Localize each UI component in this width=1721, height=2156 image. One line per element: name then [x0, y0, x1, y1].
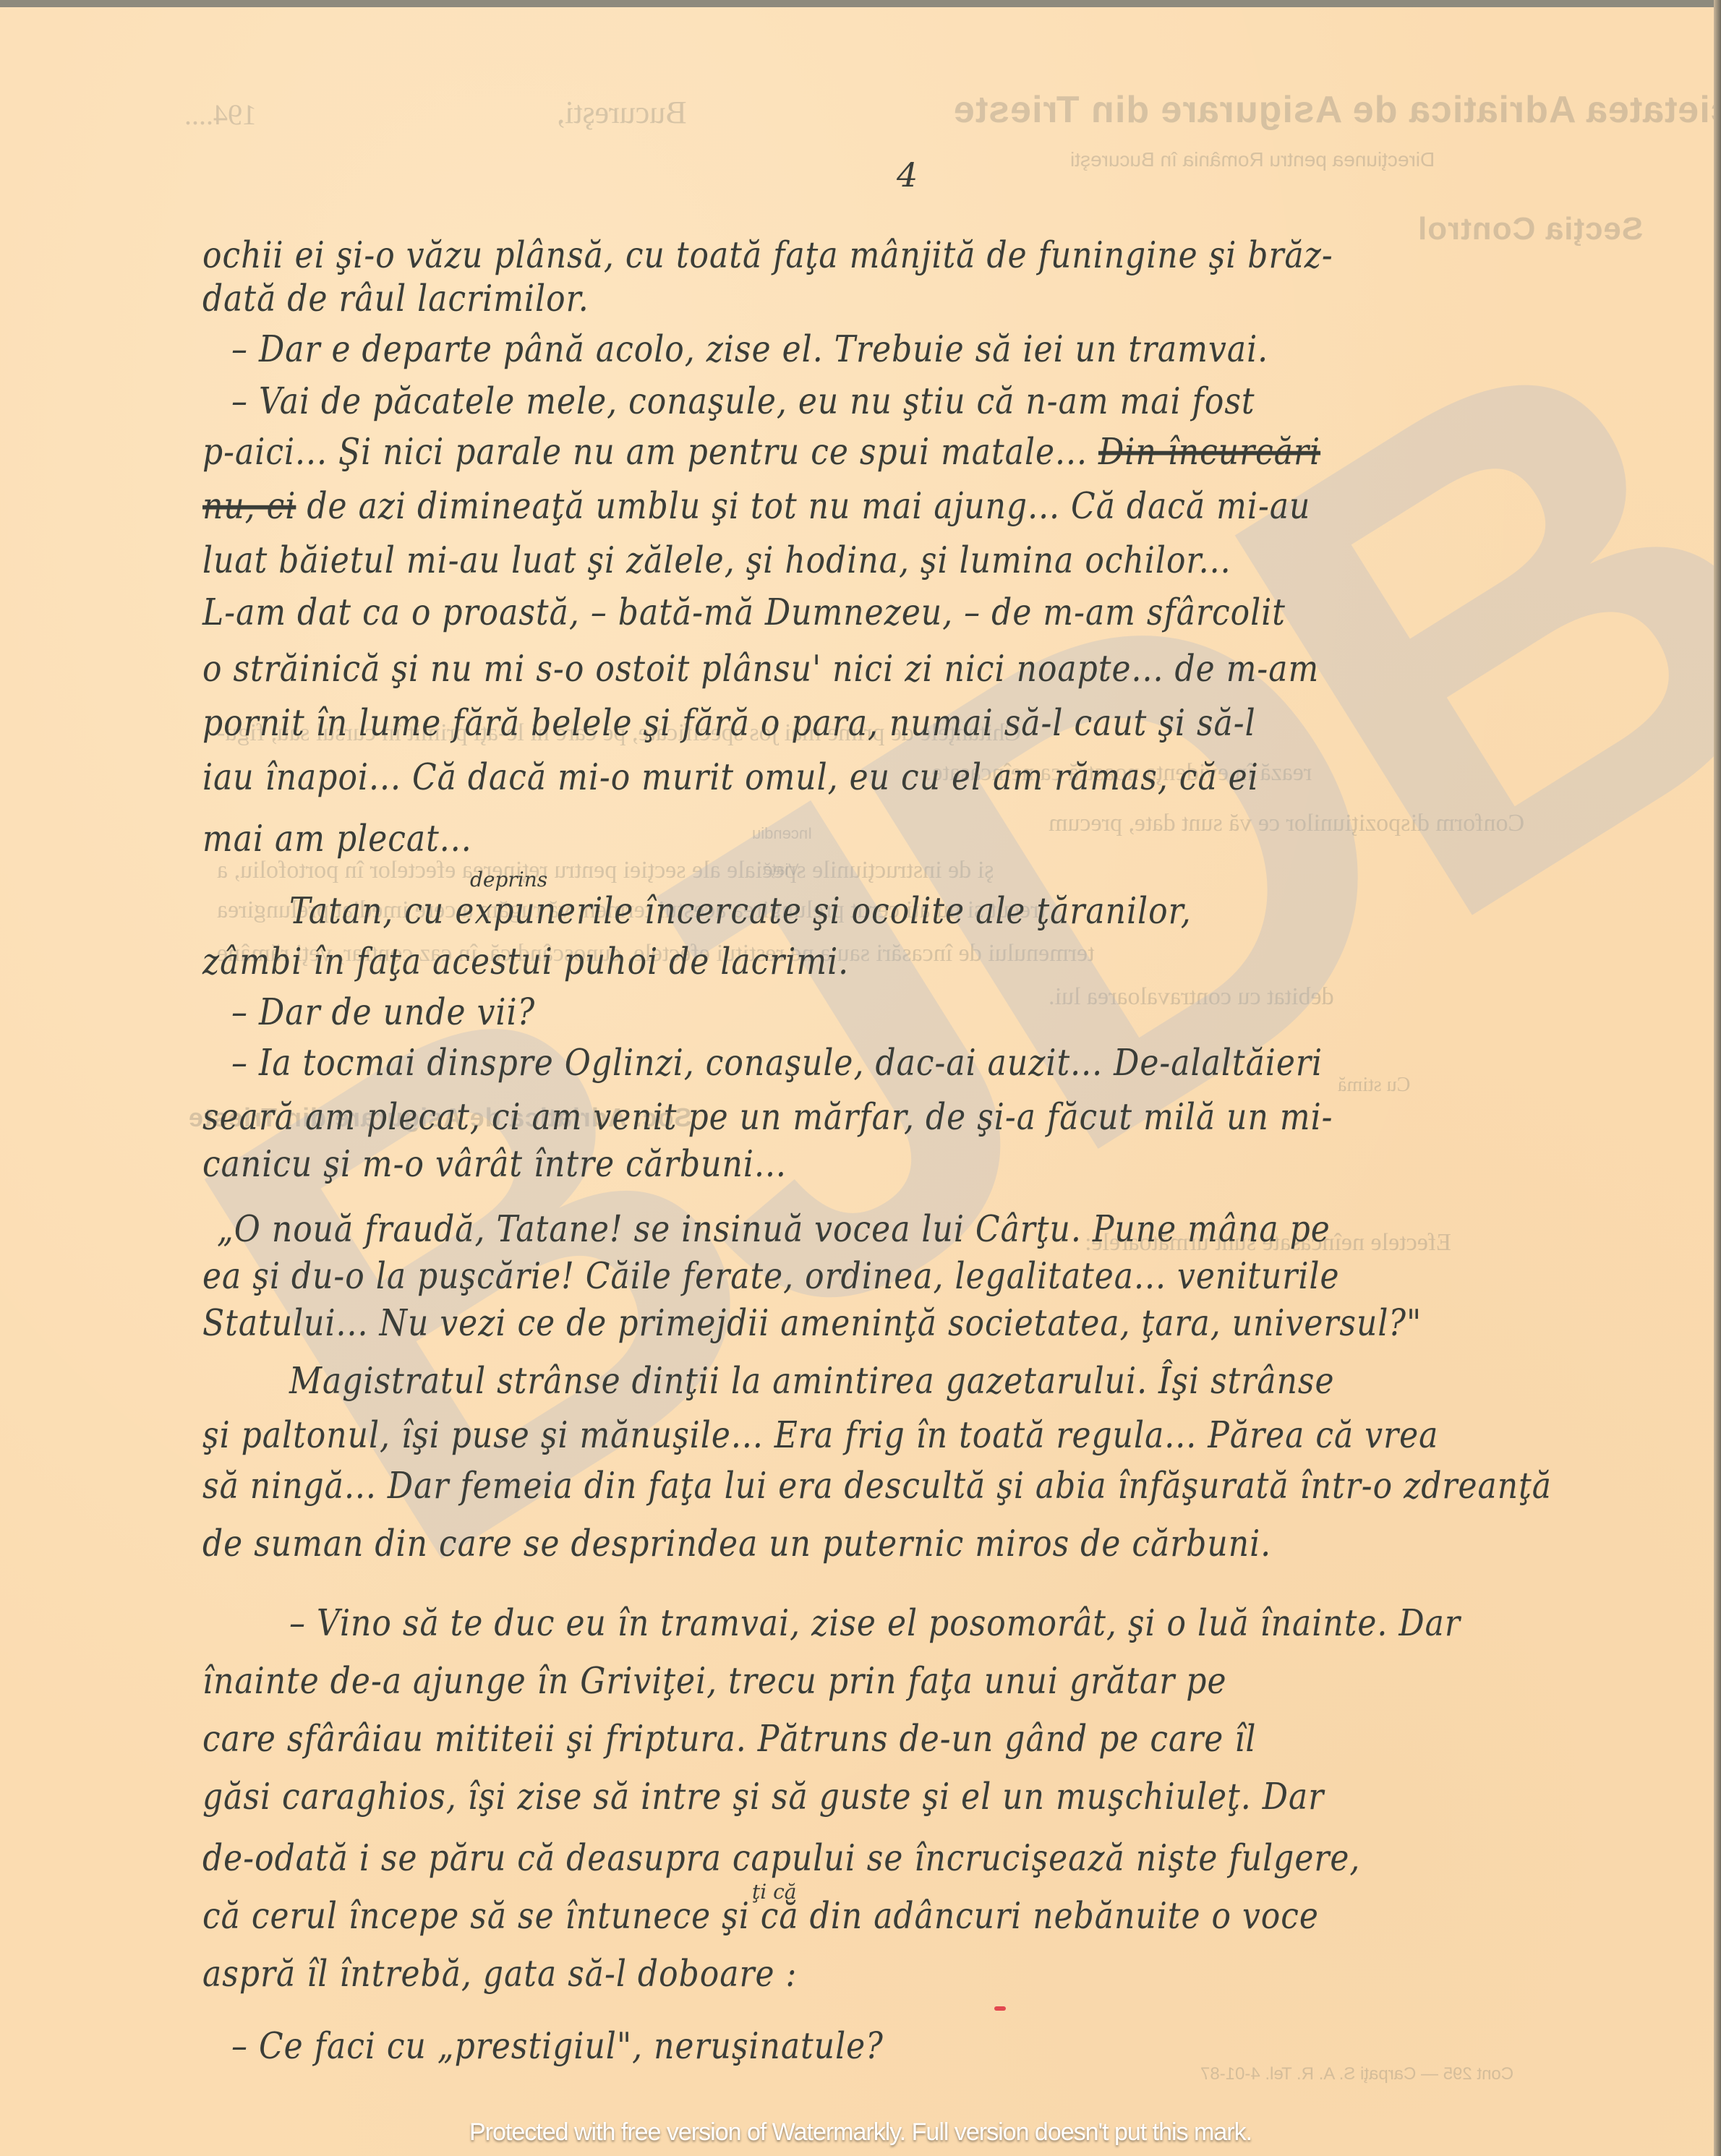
struck-word: Din încurcări: [1098, 431, 1320, 474]
bleed-company-name: Societatea Adriatica de Asigurare din Tr…: [953, 88, 1721, 132]
handwritten-line: să ningă... Dar femeia din faţa lui era …: [202, 1465, 1552, 1507]
bleed-place: Bucureşti,: [557, 94, 687, 131]
handwritten-line: iau înapoi... Că dacă mi-o murit omul, e…: [202, 756, 1259, 799]
handwritten-line: luat băietul mi-au luat şi zălele, şi ho…: [202, 539, 1231, 582]
handwritten-line: care sfârâiau mititeii şi friptura. Pătr…: [202, 1718, 1256, 1761]
handwritten-line: de-odată i se păru că deasupra capului s…: [202, 1837, 1360, 1880]
handwritten-line: „O nouă fraudă, Tatane! se insinuă vocea…: [217, 1208, 1331, 1251]
handwritten-line: o străinică şi nu mi s-o ostoit plânsu' …: [202, 648, 1319, 690]
line-text: Tatan, cu expunerile încercate şi ocolit…: [289, 890, 1192, 933]
handwritten-line: ea şi du-o la puşcărie! Căile ferate, or…: [202, 1255, 1340, 1298]
handwritten-line: seară am plecat, ci am venit pe un mărfa…: [202, 1096, 1333, 1139]
bleed-body-line: şi de instrucţiunile speciale ale secţie…: [217, 857, 994, 884]
handwritten-line: dată de râul lacrimilor.: [202, 278, 589, 320]
handwritten-line: că cerul începe să se întunece şi că din…: [202, 1895, 1319, 1938]
handwritten-line: L-am dat ca o proastă, – bată-mă Dumneze…: [202, 591, 1286, 634]
bleed-subtitle: Direcţiunea pentru România în Bucureşti: [1070, 148, 1435, 171]
page-number: 4: [897, 155, 918, 194]
handwritten-line: Magistratul strânse dinţii la amintirea …: [289, 1360, 1335, 1403]
handwritten-line: mai am plecat...: [202, 818, 472, 860]
line-text: p-aici... Şi nici parale nu am pentru ce…: [202, 431, 1088, 474]
watermarkly-notice: Protected with free version of Watermark…: [0, 2118, 1721, 2147]
bleed-section: Secţia Control: [1417, 211, 1643, 247]
handwritten-line: – Vino să te duc eu în tramvai, zise el …: [289, 1602, 1461, 1645]
handwritten-line: ochii ei şi-o văzu plânsă, cu toată faţa…: [202, 234, 1333, 277]
bleed-body-line: Conform dispoziţiunilor ce vă sunt date,…: [1049, 810, 1524, 837]
handwritten-line: – Dar de unde vii?: [231, 991, 535, 1034]
handwritten-line: şi paltonul, îşi puse şi mănuşile... Era…: [202, 1414, 1438, 1457]
handwritten-line: canicu şi m-o vârât între cărbuni...: [202, 1143, 787, 1186]
handwritten-line: – Ia tocmai dinspre Oglinzi, conaşule, d…: [231, 1042, 1323, 1085]
struck-word: nu, ci: [202, 485, 296, 528]
bleed-table-label: Incendiu: [752, 824, 812, 843]
bleed-table-label: Viaţă: [763, 860, 799, 879]
handwritten-line: – Ce faci cu „prestigiul", neruşinatule?: [231, 2025, 884, 2068]
handwritten-line: pornit în lume fără belele şi fără o par…: [202, 702, 1256, 745]
handwritten-line: – Dar e departe până acolo, zise el. Tre…: [231, 328, 1268, 371]
red-pencil-mark: [994, 2006, 1006, 2011]
handwritten-line: Statului... Nu vezi ce de primejdii amen…: [202, 1302, 1422, 1345]
handwritten-line: p-aici... Şi nici parale nu am pentru ce…: [202, 431, 1320, 474]
handwritten-line: Tatan, cu expunerile încercate şi ocolit…: [289, 890, 1192, 933]
bleed-year: 194....: [184, 98, 257, 132]
inserted-word: deprins: [470, 868, 547, 891]
handwritten-line: aspră îl întrebă, gata să-l doboare :: [202, 1953, 797, 1995]
line-text: de azi dimineaţă umblu şi tot nu mai aju…: [307, 485, 1310, 528]
handwritten-line: de suman din care se desprindea un puter…: [202, 1523, 1271, 1565]
bleed-body-line: debitat cu contravaloarea lui.: [1049, 983, 1334, 1011]
handwritten-line: înainte de-a ajunge în Griviţei, trecu p…: [202, 1660, 1227, 1703]
page-edge: [1714, 0, 1721, 2156]
handwritten-line: nu, ci de azi dimineaţă umblu şi tot nu …: [202, 485, 1310, 528]
bleed-body-line: Cu stimă: [1338, 1074, 1410, 1097]
handwritten-line: zâmbi în faţa acestui puhoi de lacrimi.: [202, 941, 849, 983]
handwritten-line: – Vai de păcatele mele, conaşule, eu nu …: [231, 380, 1255, 423]
handwritten-line: găsi caraghios, îşi zise să intre şi să …: [202, 1776, 1324, 1818]
manuscript-page: 194.... Bucureşti, Societatea Adriatica …: [0, 0, 1714, 2156]
bleed-footer: Cont 295 — Carpaţi S. A. R. Tel. 4-01-87: [1200, 2064, 1513, 2084]
